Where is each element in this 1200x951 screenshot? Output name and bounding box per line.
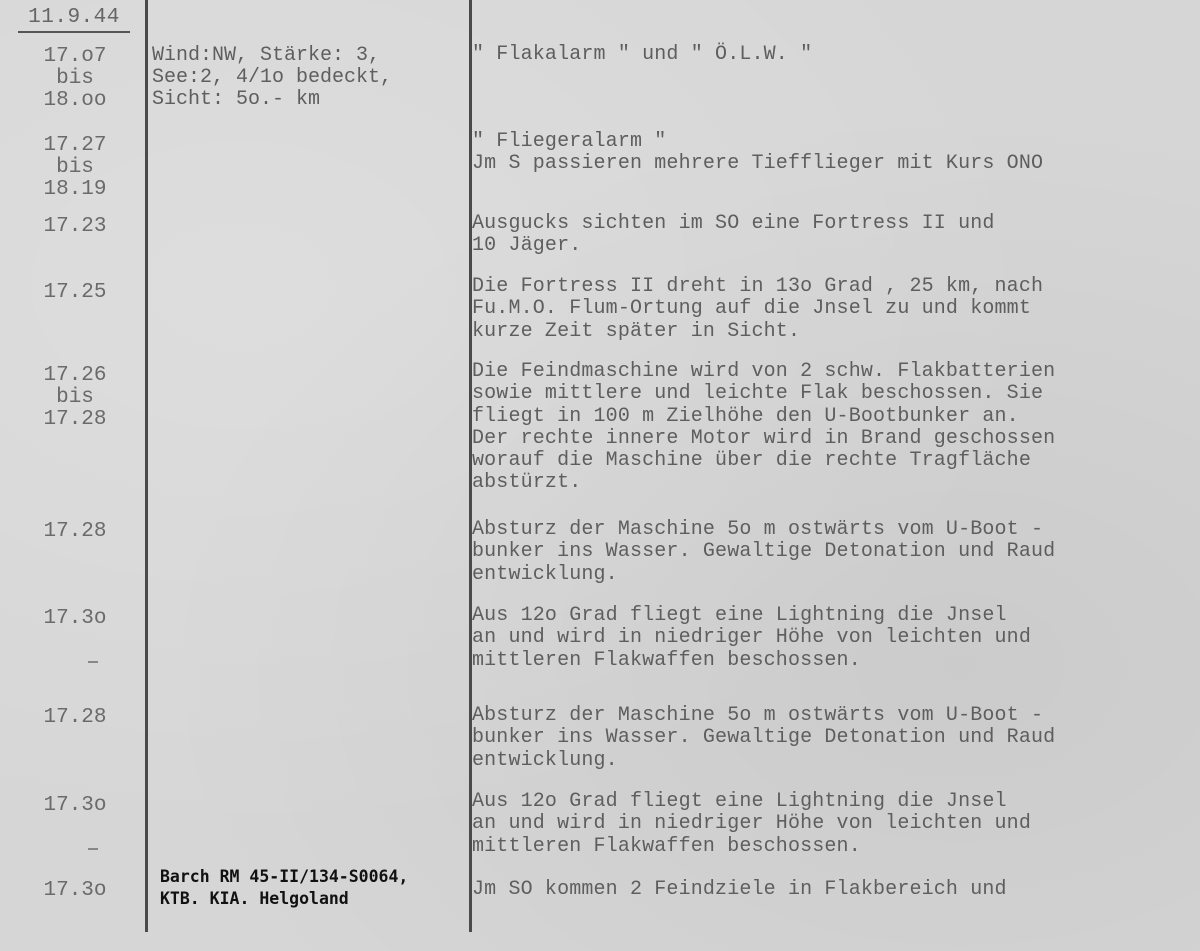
entry-text: Absturz der Maschine 5o m ostwärts vom U… [472, 705, 1055, 772]
entry-text: Jm SO kommen 2 Feindziele in Flakbereich… [472, 879, 1007, 901]
entry-time: 17.3o [20, 795, 130, 817]
entry-time: 17.o7 bis 18.oo [20, 46, 130, 112]
entry-text: Aus 12o Grad fliegt eine Lightning die J… [472, 605, 1031, 672]
entry-time: 17.25 [20, 282, 130, 304]
entry-text: Die Fortress II dreht in 13o Grad , 25 k… [472, 276, 1043, 343]
entry-text: Absturz der Maschine 5o m ostwärts vom U… [472, 519, 1055, 586]
entry-text: Aus 12o Grad fliegt eine Lightning die J… [472, 791, 1031, 858]
entry-text: Die Feindmaschine wird von 2 schw. Flakb… [472, 361, 1055, 495]
weather-conditions: Wind:NW, Stärke: 3, See:2, 4/1o bedeckt,… [152, 45, 392, 111]
column-divider-left [145, 0, 148, 932]
entry-time: 17.27 bis 18.19 [20, 135, 130, 201]
entry-time: 17.3o [20, 608, 130, 630]
entry-time: 17.23 [20, 216, 130, 238]
entry-text: Ausgucks sichten im SO eine Fortress II … [472, 213, 995, 258]
dash-mark [88, 661, 98, 663]
entry-text: " Flakalarm " und " Ö.L.W. " [472, 44, 812, 66]
entry-time: 17.26 bis 17.28 [20, 365, 130, 431]
war-diary-page: 11.9.44 Wind:NW, Stärke: 3, See:2, 4/1o … [0, 0, 1200, 951]
entry-text: " Fliegeralarm " Jm S passieren mehrere … [472, 131, 1043, 176]
dash-mark [88, 848, 98, 850]
archive-source-note: Barch RM 45-II/134-S0064, KTB. KIA. Helg… [160, 866, 408, 910]
entry-time: 17.3o [20, 880, 130, 902]
entry-time: 17.28 [20, 707, 130, 729]
entry-time: 17.28 [20, 521, 130, 543]
diary-date: 11.9.44 [18, 6, 130, 33]
